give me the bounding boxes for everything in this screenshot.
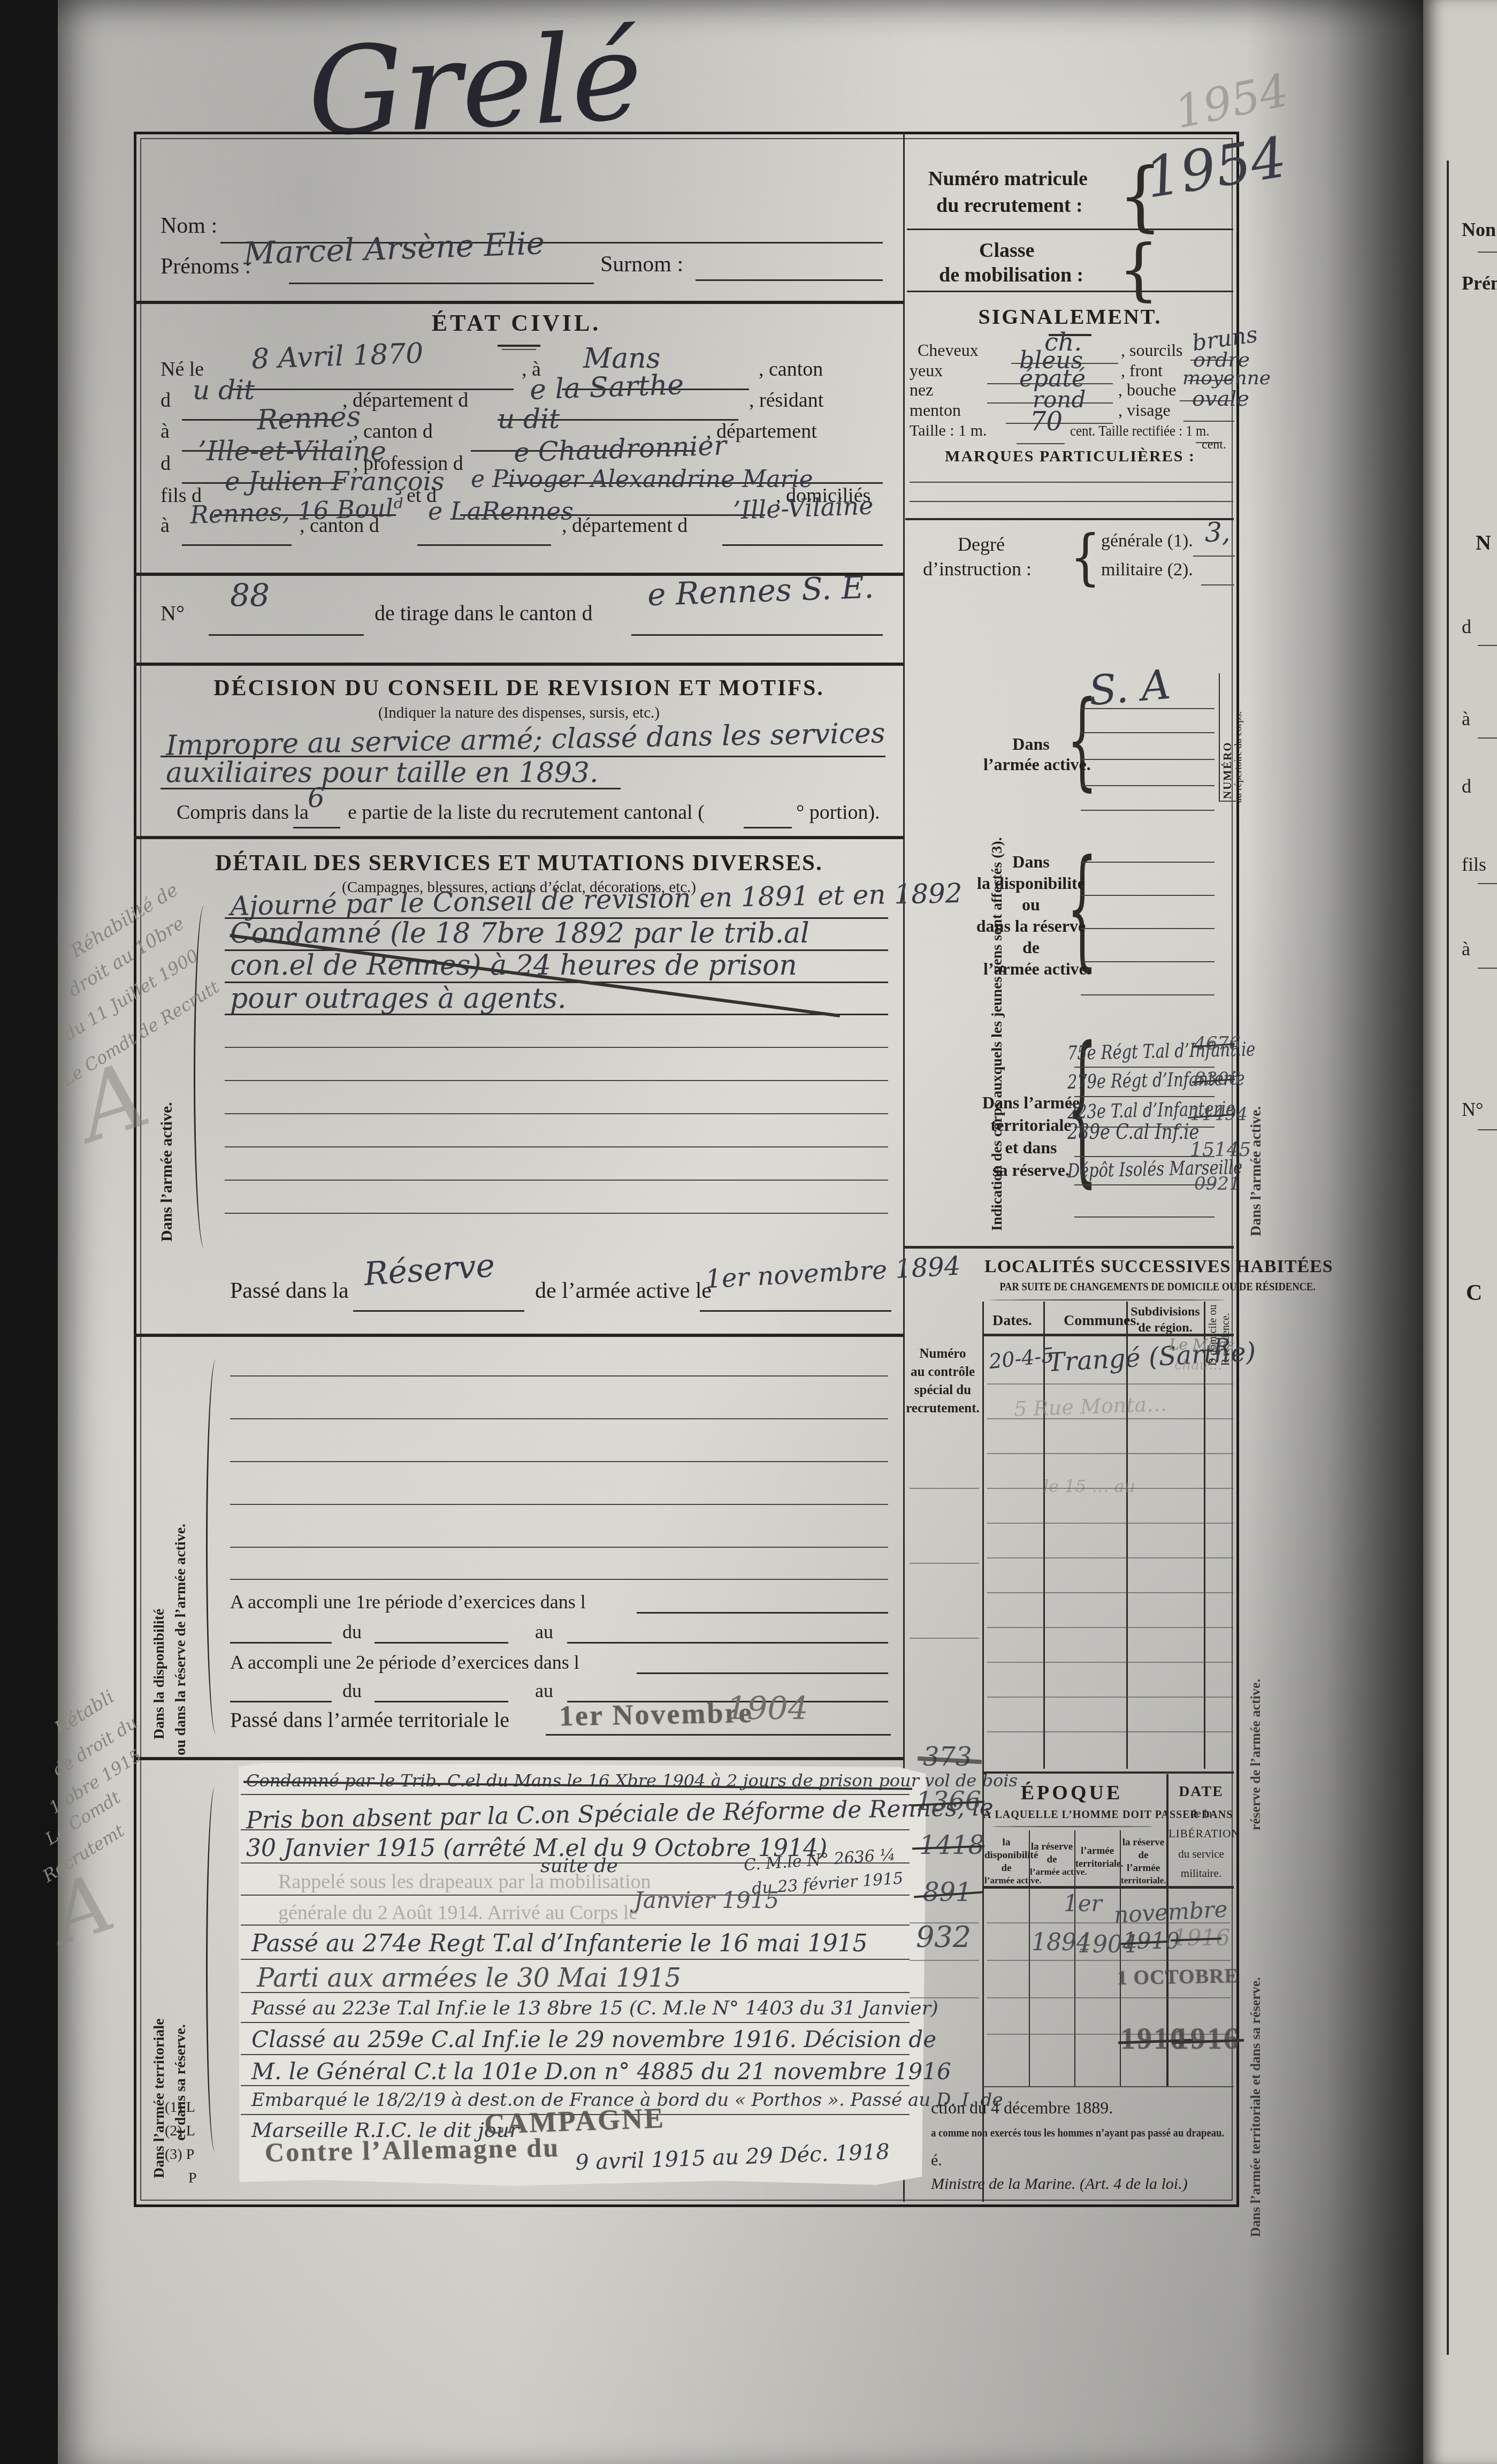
date-col-header: de la (1168, 1807, 1234, 1820)
footer-fragment: a comme non exercés tous les hommes n’ay… (931, 2126, 1224, 2140)
next-page-sliver (1423, 0, 1497, 2464)
compris-text: e partie de la liste du recrutement cant… (348, 801, 705, 824)
ruled-line (700, 1310, 891, 1312)
ruled-line (910, 482, 1233, 483)
table-row-rule (987, 1557, 1233, 1558)
sliver-rule (1478, 1129, 1497, 1130)
ruled-line (241, 2054, 910, 2055)
residence-a-label: à (161, 420, 170, 443)
front-label: , front (1121, 361, 1163, 381)
active-brace: { (1067, 679, 1097, 802)
services-title: DÉTAIL DES SERVICES ET MUTATIONS DIVERSE… (177, 850, 861, 876)
sliver-rule (1478, 968, 1497, 969)
section-divider (905, 518, 1234, 520)
ruled-line (161, 788, 621, 789)
militaire-label: militaire (2). (1101, 560, 1193, 580)
ruled-line (241, 1829, 910, 1830)
ruled-line (1081, 961, 1215, 962)
periode-1-label: A accompli une 1re période d’exercices d… (230, 1591, 586, 1613)
table-row-rule (987, 1997, 1231, 1998)
ruled-line (353, 1310, 524, 1312)
epoque-col-header: la réserve (1121, 1837, 1166, 1849)
active-label-2: l’armée active. (983, 755, 1077, 774)
corps-entry-number: 15145 (1190, 1139, 1251, 1161)
date-col-header: LIBÉRATION (1168, 1827, 1234, 1841)
nez-label: nez (910, 380, 933, 400)
nom-label: Nom : (161, 213, 217, 239)
matricule-label-2: du recrutement : (936, 194, 1083, 217)
ruled-line (1081, 810, 1215, 811)
ruled-line (225, 1047, 888, 1048)
dispo-label: l’armée active. (983, 959, 1077, 979)
ruled-line (241, 2022, 910, 2023)
numero-col-rule (1219, 673, 1220, 802)
table-row-rule (987, 1697, 1233, 1698)
territoriale-date-stamp: 1er Novembre (559, 1696, 753, 1732)
table-top-rule (983, 1771, 1234, 1774)
ctrl-header: spécial du (905, 1383, 980, 1398)
epoque-col-header: la (984, 1837, 1028, 1849)
bouche-label: , bouche (1118, 380, 1176, 400)
table-row-rule (987, 1383, 1233, 1385)
section-brace (206, 1788, 224, 2151)
visage-value: ovale (1192, 386, 1249, 411)
services-line-3: con.el de Rennes) à 24 heures de prison (230, 949, 797, 982)
ruled-line (241, 1895, 910, 1896)
taille-label: Taille : 1 m. (910, 422, 987, 440)
domicile-dept-value: ’Ille-Vilaine (732, 491, 874, 524)
terr-line-6: Passé au 223e T.al Inf.ie le 13 8bre 15 … (251, 1997, 938, 2019)
footnote-4: P (188, 2170, 197, 2187)
epoque-subtitle: À LAQUELLE L’HOMME DOIT PASSER DANS (983, 1809, 1160, 1821)
suite-de-annotation: suite de (540, 1855, 618, 1877)
terr-vertical-2: et dans sa réserve. (172, 1820, 189, 2141)
table-column-rule (1043, 1302, 1045, 1769)
section-brace (206, 1359, 226, 1734)
dispo-label: la disponibilité (969, 873, 1093, 893)
janvier-annotation: Janvier 1915 (634, 1887, 779, 1913)
compris-label: Compris dans la (177, 801, 309, 824)
dispo-vertical-1: Dans la disponibilité (151, 1365, 168, 1739)
compris-value: 6 (308, 782, 325, 813)
du-label: du (342, 1621, 362, 1643)
table-row-rule (987, 1488, 1233, 1489)
ruled-line (230, 1701, 332, 1702)
sliver-fragment: N (1476, 530, 1491, 555)
ruled-line (1081, 994, 1215, 995)
ruled-line (209, 634, 364, 636)
corps-entry-number: 0921 (1194, 1173, 1241, 1195)
ruled-line (637, 1612, 888, 1614)
cheveux-label: Cheveux (918, 340, 979, 360)
marques-label: MARQUES PARTICULIÈRES : (936, 447, 1204, 466)
ruled-line (546, 1734, 891, 1736)
ruled-line (696, 279, 883, 281)
domicile-canton-value: e LaRennes (428, 497, 574, 526)
section-divider (134, 1757, 903, 1760)
ruled-line (230, 1579, 888, 1580)
dispo-vertical-2: ou dans la réserve de l’armée active. (172, 1349, 189, 1755)
epoque-col-header: l’armée active. (1030, 1867, 1074, 1877)
footnote-2: (2) L (165, 2123, 195, 2140)
section-divider (134, 301, 903, 304)
visage-label: , visage (1118, 400, 1171, 420)
dispo-label: de (1012, 938, 1050, 957)
passe-territoriale-label: Passé dans l’armée territoriale le (230, 1707, 509, 1732)
surnom-label: Surnom : (600, 252, 683, 277)
corps-entry: 289e C.al Inf.ie (1067, 1120, 1199, 1144)
section-divider (134, 663, 903, 666)
active-label-1: Dans (996, 734, 1066, 754)
margin-vertical-label: réserve de l’armée active. (1248, 1466, 1264, 1830)
ruled-line (1183, 421, 1234, 422)
yeux-label: yeux (910, 361, 943, 381)
ruled-line (1074, 1096, 1215, 1097)
etat-civil-title: ÉTAT CIVIL. (342, 309, 690, 337)
ruled-line (182, 544, 292, 546)
ruled-line (907, 291, 1233, 292)
ruled-line (225, 1080, 888, 1081)
prenoms-label: Prénoms : (161, 254, 251, 279)
au-label: au (535, 1679, 553, 1702)
localites-title: LOCALITÉS SUCCESSIVES HABITÉES (984, 1257, 1236, 1277)
scanned-register-page: 1954 Grelé Nom : Prénoms : Marcel Arsène… (0, 0, 1497, 2464)
date-col-header: DATE (1168, 1783, 1234, 1800)
services-line-4: pour outrages à agents. (230, 983, 567, 1015)
sliver-fragment: à (1462, 938, 1470, 960)
domicile-a-label: à (161, 514, 170, 537)
degre-label-1: Degré (958, 533, 1005, 556)
contre-allemagne-stamp: Contre l’Allemagne du (265, 2132, 560, 2168)
ruled-line (1081, 759, 1215, 760)
bouche-value: moyenne (1182, 367, 1271, 389)
menton-label: menton (910, 400, 961, 420)
footnote-1: (1) L (165, 2099, 195, 2116)
classe-label-2: de mobilisation : (939, 263, 1083, 287)
ctrl-column-rule (982, 1302, 984, 2202)
epoque-col-header: de (1121, 1850, 1166, 1861)
ruled-line (910, 501, 1233, 502)
dispo-label: ou (1012, 895, 1050, 915)
sliver-fragment: d (1462, 775, 1471, 797)
domicile-canton-label: , canton d (300, 514, 379, 537)
section-divider (904, 1246, 1234, 1249)
ornament-rule (990, 1299, 1225, 1301)
ruled-line (1081, 732, 1215, 733)
margin-vertical-label: Dans l’armée territoriale et dans sa rés… (1248, 1862, 1264, 2237)
tirage-no-value: 88 (230, 577, 270, 613)
numero-repertoire-vertical-2: au répertoire du corps. (1233, 674, 1244, 803)
title-ornament (502, 349, 536, 350)
ruled-line (1081, 708, 1215, 709)
ruled-line (230, 1504, 888, 1505)
table-row-rule (987, 1418, 1233, 1419)
signalement-title: SIGNALEMENT. (910, 304, 1231, 329)
ctrl-number: 932 (916, 1920, 971, 1954)
subdivisions-column-header: de région. (1128, 1321, 1203, 1335)
table-row-rule (987, 1731, 1233, 1732)
sliver-rule (1478, 252, 1497, 253)
terr-line-8: M. le Général C.t la 101e D.on n° 4885 d… (251, 2058, 951, 2085)
ruled-line (230, 1547, 888, 1548)
ruled-line (225, 1146, 888, 1147)
ruled-line (567, 1642, 888, 1644)
ruled-line (910, 1638, 979, 1639)
ctrl-header: au contrôle (905, 1365, 980, 1380)
sliver-frame-border (1447, 161, 1449, 2355)
table-row-rule (987, 2034, 1231, 2035)
sliver-fragment: Prén (1462, 272, 1497, 294)
passe-reserve-text: de l’armée active le (535, 1278, 712, 1304)
dept-d-label: d (161, 452, 171, 475)
terr-line-7: Classé au 259e C.al Inf.ie le 29 novembr… (251, 2026, 936, 2052)
ruled-line (225, 1180, 888, 1181)
birth-date-value: 8 Avril 1870 (251, 337, 424, 375)
ruled-line (225, 1213, 888, 1214)
ruled-line (910, 1563, 979, 1564)
terr-label: et dans (980, 1138, 1082, 1158)
dispo-label: dans la réserve (969, 916, 1093, 936)
ruled-line (375, 1701, 508, 1702)
epoque-col-header: l’armée active. (984, 1875, 1028, 1886)
table-bottom-rule (983, 2086, 1234, 2087)
faint-pencil-entry: le 15 … au (1043, 1476, 1135, 1496)
mother-name-value: e Pivoger Alexandrine Marie (471, 466, 813, 493)
dates-column-header: Dates. (992, 1312, 1032, 1329)
ruled-line (1074, 1184, 1215, 1185)
taille-rectifiee-label: cent. Taille rectifiée : 1 m. (1070, 423, 1210, 439)
terr-line-4: Passé au 274e Regt T.al d’Infanterie le … (251, 1930, 867, 1957)
armee-active-value: S. A (1087, 660, 1172, 715)
du-label: d (161, 389, 171, 412)
ruled-line (907, 229, 1233, 230)
sliver-fragment: d (1462, 615, 1471, 638)
margin-vertical-label: Dans l’armée active. (1248, 958, 1265, 1236)
taille-cent-label: cent. (1202, 438, 1226, 452)
ruled-line (1081, 928, 1215, 929)
ruled-line (910, 1960, 979, 1961)
generale-label: générale (1). (1101, 531, 1193, 551)
table-row-rule (987, 1627, 1233, 1628)
sliver-fragment: N° (1462, 1098, 1483, 1121)
residant-label: , résidant (749, 389, 823, 412)
passe-reserve-label: Passé dans la (230, 1278, 349, 1304)
decision-line-2: auxiliaires pour taille en 1893. (166, 757, 598, 789)
section-divider (134, 836, 903, 839)
epoque-col-header: l’armée (1121, 1862, 1166, 1874)
au-label: au (535, 1621, 553, 1643)
sliver-fragment: Non (1462, 218, 1496, 241)
title-ornament (498, 345, 540, 347)
table-row-rule (987, 1453, 1233, 1454)
sliver-fragment: C (1466, 1280, 1482, 1306)
departement-label: , département d (342, 389, 468, 412)
domicile-dept-label: , département d (562, 514, 688, 537)
taille-value: 70 (1030, 407, 1063, 437)
matricule-label-1: Numéro matricule (928, 167, 1088, 191)
terr-vertical-1: Dans l’armée territoriale (151, 1782, 168, 2178)
ruled-line (1081, 785, 1215, 786)
ruled-line (241, 1992, 910, 1993)
ruled-line (1017, 443, 1065, 444)
book-gutter-shadow (1247, 0, 1423, 2464)
residence-canton-value: u dit (498, 404, 560, 435)
table-row-rule (987, 1960, 1231, 1961)
ruled-line (230, 1418, 888, 1419)
tirage-no-label: N° (161, 600, 185, 626)
ruled-line (241, 1959, 910, 1960)
ruled-line (230, 1461, 888, 1462)
ctrl-header: recrutement. (905, 1401, 980, 1416)
ruled-line (631, 634, 883, 636)
octobre-stamp: 1 OCTOBRE (1117, 1964, 1239, 1990)
sliver-rule (1478, 883, 1497, 884)
ruled-line (1193, 556, 1235, 557)
footer-fragment: é. (931, 2151, 942, 2170)
ruled-line (225, 1113, 888, 1114)
epoque-title: ÉPOQUE (983, 1781, 1160, 1805)
section-divider (134, 1334, 903, 1337)
canton-label: , canton (759, 358, 823, 381)
ruled-line (1074, 1067, 1215, 1068)
table-row-rule (987, 1922, 1231, 1923)
epoque-col-header: la réserve (1030, 1841, 1074, 1853)
ruled-line (289, 283, 594, 284)
decision-title: DÉCISION DU CONSEIL DE REVISION ET MOTIF… (177, 675, 861, 701)
table-header-rule (983, 1886, 1234, 1889)
table-row-rule (987, 1592, 1233, 1593)
epoque-col-header: disponibilité (984, 1850, 1028, 1861)
degre-brace: { (1070, 522, 1101, 592)
ruled-line (1081, 862, 1215, 863)
residence-value: Rennes (256, 401, 361, 437)
table-row-rule (987, 1523, 1233, 1524)
sourcils-label: , sourcils (1121, 340, 1183, 360)
footer-fragment: Ministre de la Marine. (Art. 4 de la loi… (931, 2175, 1188, 2193)
ruled-line (230, 1642, 332, 1644)
dispo-label: Dans (996, 852, 1066, 872)
degre-label-2: d’instruction : (923, 558, 1032, 580)
epoque-col-header: territoriale. (1121, 1875, 1166, 1886)
ruled-line (241, 2085, 910, 2086)
ruled-line (910, 1997, 979, 1998)
date-col-header: du service (1168, 1847, 1234, 1861)
decision-subtitle: (Indiquer la nature des dispenses, sursi… (230, 704, 808, 722)
table-row-rule (987, 1662, 1233, 1663)
departement-value: e la Sarthe (529, 369, 684, 406)
epoque-col-header: de (1030, 1854, 1074, 1866)
territoriale-year: 1904 (727, 1690, 808, 1728)
generale-printed: générale du 2 Août 1914. Arrivé au Corps… (278, 1901, 638, 1925)
compris-portion: ° portion). (796, 801, 880, 824)
ruled-line (722, 544, 883, 546)
date-col-header: militaire. (1168, 1867, 1234, 1880)
footnote-3: (3) P (165, 2146, 194, 2163)
ruled-line (293, 827, 340, 828)
epoque-col-header: de (984, 1862, 1028, 1874)
services-line-2: Condamné (le 18 7bre 1892 par le trib.al (230, 917, 809, 949)
epoque-entry: 1er (1064, 1890, 1102, 1917)
subdivisions-column-header: Subdivisions (1128, 1305, 1203, 1319)
ruled-line (241, 1794, 910, 1795)
tirage-text: de tirage dans le canton d (375, 600, 593, 626)
ruled-line (744, 827, 792, 828)
ruled-line (1201, 584, 1234, 585)
localites-subtitle: PAR SUITE DE CHANGEMENTS DE DOMICILE OU … (999, 1280, 1221, 1294)
footer-fragment: ction du 4 décembre 1889. (931, 2098, 1113, 2118)
ruled-line (637, 1672, 888, 1674)
epoque-col-header: territoriale. (1075, 1858, 1119, 1869)
epoque-col-header: l’armée (1075, 1845, 1119, 1857)
ruled-line (417, 544, 551, 546)
periode-2-label: A accompli une 2e période d’exercices da… (230, 1651, 579, 1674)
ruled-line (910, 1922, 979, 1923)
sliver-rule (1478, 737, 1497, 739)
du-label: du (342, 1679, 362, 1702)
terr-label: sa réserve. (980, 1160, 1082, 1180)
ruled-line (230, 1375, 888, 1377)
ctrl-header: Numéro (905, 1347, 980, 1362)
sliver-rule (1478, 645, 1497, 646)
ruled-line (1081, 895, 1215, 896)
generale-value: 3, (1205, 517, 1231, 548)
ruled-line (375, 1642, 508, 1644)
ruled-line (225, 1014, 888, 1015)
sliver-fragment: fils (1462, 853, 1486, 876)
terr-line-3: 30 Janvier 1915 (arrêté M.el du 9 Octobr… (246, 1835, 827, 1862)
ruled-line (910, 1488, 979, 1489)
canton-value: u dit (193, 375, 255, 406)
ruled-line (1074, 1216, 1215, 1218)
sliver-fragment: à (1462, 708, 1470, 730)
ruled-line (241, 1925, 910, 1926)
terr-line-5: Parti aux armées le 30 Mai 1915 (257, 1963, 681, 1993)
locality-dr-flag: R (1213, 1334, 1231, 1360)
classe-label-1: Classe (979, 239, 1034, 262)
ornament-rule (992, 1826, 1153, 1827)
classe-brace: { (1118, 231, 1159, 309)
